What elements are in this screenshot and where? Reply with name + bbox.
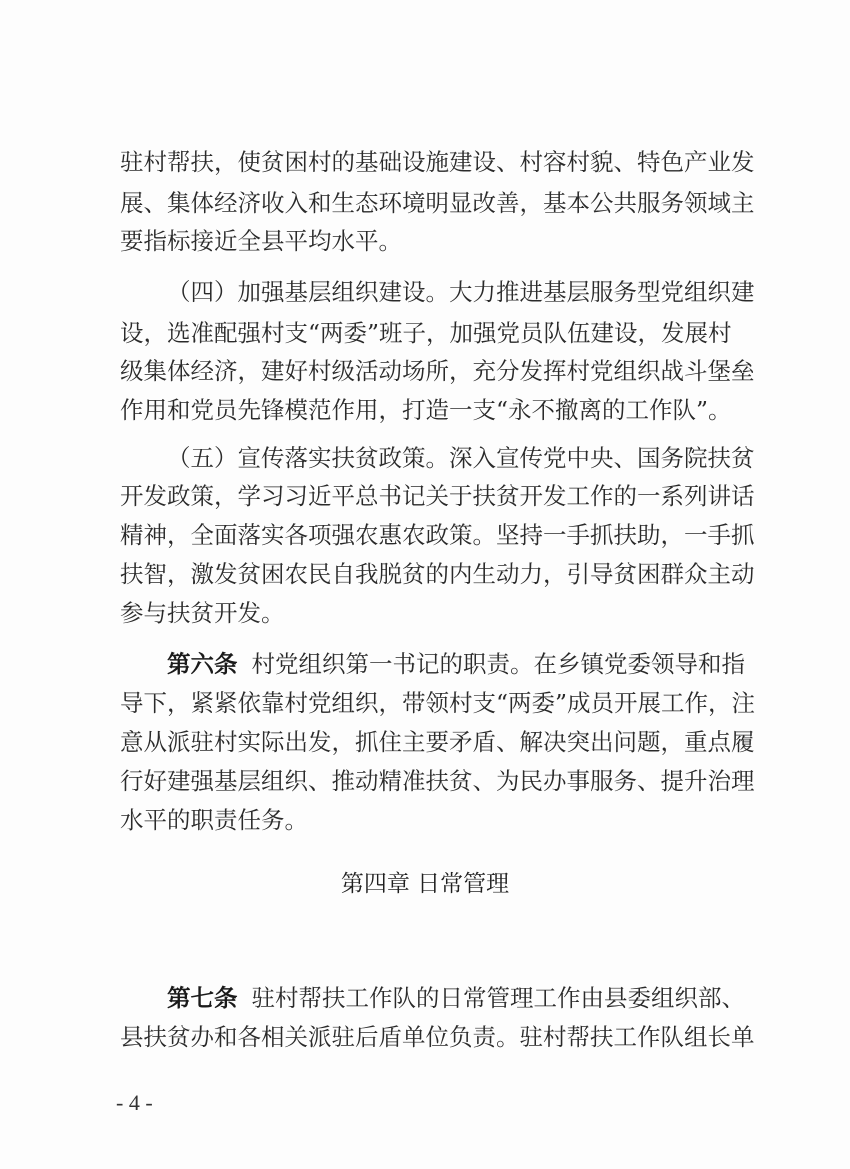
text-line: 级集体经济，建好村级活动场所，充分发挥村党组织战斗堡垒 — [120, 356, 726, 386]
text-line: 导下，紧紧依靠村党组织，带领村支“两委”成员开展工作，注 — [120, 688, 726, 718]
text-line: 驻村帮扶，使贫困村的基础设施建设、村容村貌、特色产业发 — [120, 147, 726, 177]
text-span: 驻村帮扶工作队的日常管理工作由县委组织部、 — [252, 984, 746, 1012]
page-number: - 4 - — [116, 1090, 153, 1116]
text-line: 作用和党员先锋模范作用，打造一支“永不撤离的工作队”。 — [120, 395, 726, 425]
article-label: 第七条 — [167, 984, 238, 1012]
article-6-first-line: 第六条村党组织第一书记的职责。在乡镇党委领导和指 — [167, 649, 726, 679]
text-line: 行好建强基层组织、推动精准扶贫、为民办事服务、提升治理 — [120, 766, 726, 796]
article-7-first-line: 第七条驻村帮扶工作队的日常管理工作由县委组织部、 — [167, 983, 726, 1013]
document-page: 驻村帮扶，使贫困村的基础设施建设、村容村貌、特色产业发 展、集体经济收入和生态环… — [0, 0, 850, 1169]
text-line: 县扶贫办和各相关派驻后盾单位负责。驻村帮扶工作队组长单 — [120, 1022, 726, 1052]
text-line: （四）加强基层组织建设。大力推进基层服务型党组织建 — [167, 277, 726, 307]
text-line: （五）宣传落实扶贫政策。深入宣传党中央、国务院扶贫 — [167, 443, 726, 473]
text-line: 设，选准配强村支“两委”班子，加强党员队伍建设，发展村 — [120, 318, 726, 348]
text-line: 展、集体经济收入和生态环境明显改善，基本公共服务领域主 — [120, 188, 726, 218]
text-line: 意从派驻村实际出发，抓住主要矛盾、解决突出问题，重点履 — [120, 727, 726, 757]
text-line: 要指标接近全县平均水平。 — [120, 226, 726, 256]
text-line: 扶智，激发贫困农民自我脱贫的内生动力，引导贫困群众主动 — [120, 559, 726, 589]
text-span: 村党组织第一书记的职责。在乡镇党委领导和指 — [252, 650, 746, 678]
article-label: 第六条 — [167, 650, 238, 678]
text-line: 精神，全面落实各项强农惠农政策。坚持一手抓扶助，一手抓 — [120, 520, 726, 550]
text-line: 水平的职责任务。 — [120, 805, 726, 835]
chapter-heading: 第四章 日常管理 — [0, 869, 850, 899]
text-line: 参与扶贫开发。 — [120, 598, 726, 628]
text-line: 开发政策，学习习近平总书记关于扶贫开发工作的一系列讲话 — [120, 481, 726, 511]
